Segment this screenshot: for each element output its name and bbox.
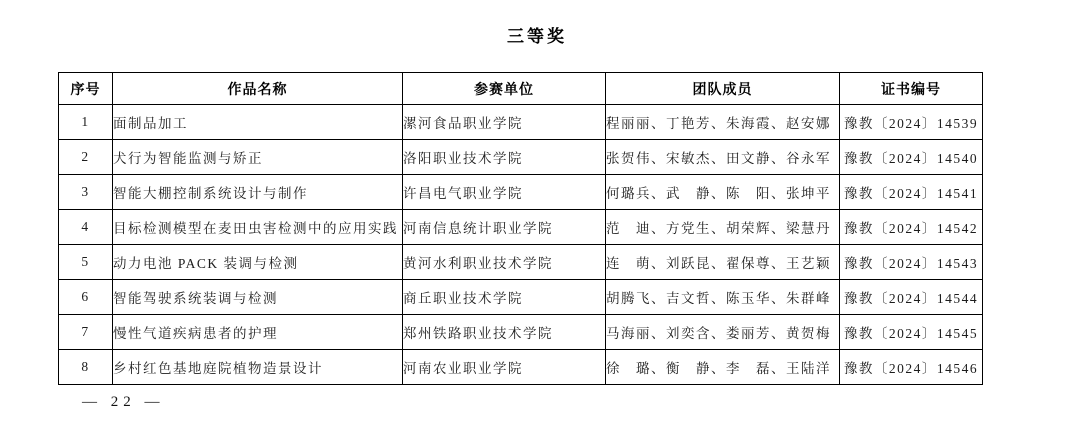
- cell-certificate-number: 豫教〔2024〕14544: [840, 280, 983, 315]
- cell-team-members: 徐 璐、衡 静、李 磊、王陆洋: [606, 350, 840, 385]
- cell-work-name: 慢性气道疾病患者的护理: [113, 315, 403, 350]
- cell-unit: 河南农业职业学院: [403, 350, 606, 385]
- table-row: 7 慢性气道疾病患者的护理 郑州铁路职业技术学院 马海丽、刘奕含、娄丽芳、黄贺梅…: [59, 315, 983, 350]
- awards-table: 序号 作品名称 参赛单位 团队成员 证书编号 1 面制品加工 漯河食品职业学院 …: [58, 72, 983, 385]
- table-row: 3 智能大棚控制系统设计与制作 许昌电气职业学院 何璐兵、武 静、陈 阳、张坤平…: [59, 175, 983, 210]
- cell-certificate-number: 豫教〔2024〕14542: [840, 210, 983, 245]
- page-number: — 22 —: [82, 394, 165, 411]
- cell-team-members: 连 萌、刘跃昆、翟保尊、王艺颖: [606, 245, 840, 280]
- cell-serial-number: 2: [59, 140, 113, 175]
- header-team-members: 团队成员: [606, 73, 840, 105]
- table-row: 2 犬行为智能监测与矫正 洛阳职业技术学院 张贺伟、宋敏杰、田文静、谷永军 豫教…: [59, 140, 983, 175]
- cell-serial-number: 6: [59, 280, 113, 315]
- header-work-name: 作品名称: [113, 73, 403, 105]
- table-row: 4 目标检测模型在麦田虫害检测中的应用实践 河南信息统计职业学院 范 迪、方党生…: [59, 210, 983, 245]
- cell-team-members: 张贺伟、宋敏杰、田文静、谷永军: [606, 140, 840, 175]
- cell-work-name: 智能驾驶系统装调与检测: [113, 280, 403, 315]
- cell-unit: 漯河食品职业学院: [403, 105, 606, 140]
- cell-serial-number: 7: [59, 315, 113, 350]
- cell-unit: 许昌电气职业学院: [403, 175, 606, 210]
- cell-work-name: 乡村红色基地庭院植物造景设计: [113, 350, 403, 385]
- cell-team-members: 马海丽、刘奕含、娄丽芳、黄贺梅: [606, 315, 840, 350]
- header-unit: 参赛单位: [403, 73, 606, 105]
- cell-work-name: 动力电池 PACK 装调与检测: [113, 245, 403, 280]
- cell-certificate-number: 豫教〔2024〕14545: [840, 315, 983, 350]
- cell-team-members: 何璐兵、武 静、陈 阳、张坤平: [606, 175, 840, 210]
- cell-work-name: 犬行为智能监测与矫正: [113, 140, 403, 175]
- cell-serial-number: 3: [59, 175, 113, 210]
- cell-unit: 黄河水利职业技术学院: [403, 245, 606, 280]
- header-certificate-number: 证书编号: [840, 73, 983, 105]
- cell-unit: 商丘职业技术学院: [403, 280, 606, 315]
- cell-team-members: 范 迪、方党生、胡荣辉、梁慧丹: [606, 210, 840, 245]
- table-row: 8 乡村红色基地庭院植物造景设计 河南农业职业学院 徐 璐、衡 静、李 磊、王陆…: [59, 350, 983, 385]
- cell-unit: 郑州铁路职业技术学院: [403, 315, 606, 350]
- header-serial-number: 序号: [59, 73, 113, 105]
- cell-certificate-number: 豫教〔2024〕14541: [840, 175, 983, 210]
- page-title: 三等奖: [0, 22, 1074, 47]
- table-row: 6 智能驾驶系统装调与检测 商丘职业技术学院 胡腾飞、吉文哲、陈玉华、朱群峰 豫…: [59, 280, 983, 315]
- cell-serial-number: 1: [59, 105, 113, 140]
- table-row: 5 动力电池 PACK 装调与检测 黄河水利职业技术学院 连 萌、刘跃昆、翟保尊…: [59, 245, 983, 280]
- cell-work-name: 目标检测模型在麦田虫害检测中的应用实践: [113, 210, 403, 245]
- cell-serial-number: 8: [59, 350, 113, 385]
- cell-unit: 河南信息统计职业学院: [403, 210, 606, 245]
- cell-certificate-number: 豫教〔2024〕14540: [840, 140, 983, 175]
- cell-serial-number: 4: [59, 210, 113, 245]
- cell-certificate-number: 豫教〔2024〕14539: [840, 105, 983, 140]
- cell-certificate-number: 豫教〔2024〕14543: [840, 245, 983, 280]
- cell-work-name: 面制品加工: [113, 105, 403, 140]
- table-header-row: 序号 作品名称 参赛单位 团队成员 证书编号: [59, 73, 983, 105]
- table-row: 1 面制品加工 漯河食品职业学院 程丽丽、丁艳芳、朱海霞、赵安娜 豫教〔2024…: [59, 105, 983, 140]
- cell-team-members: 胡腾飞、吉文哲、陈玉华、朱群峰: [606, 280, 840, 315]
- cell-certificate-number: 豫教〔2024〕14546: [840, 350, 983, 385]
- cell-team-members: 程丽丽、丁艳芳、朱海霞、赵安娜: [606, 105, 840, 140]
- cell-serial-number: 5: [59, 245, 113, 280]
- cell-work-name: 智能大棚控制系统设计与制作: [113, 175, 403, 210]
- cell-unit: 洛阳职业技术学院: [403, 140, 606, 175]
